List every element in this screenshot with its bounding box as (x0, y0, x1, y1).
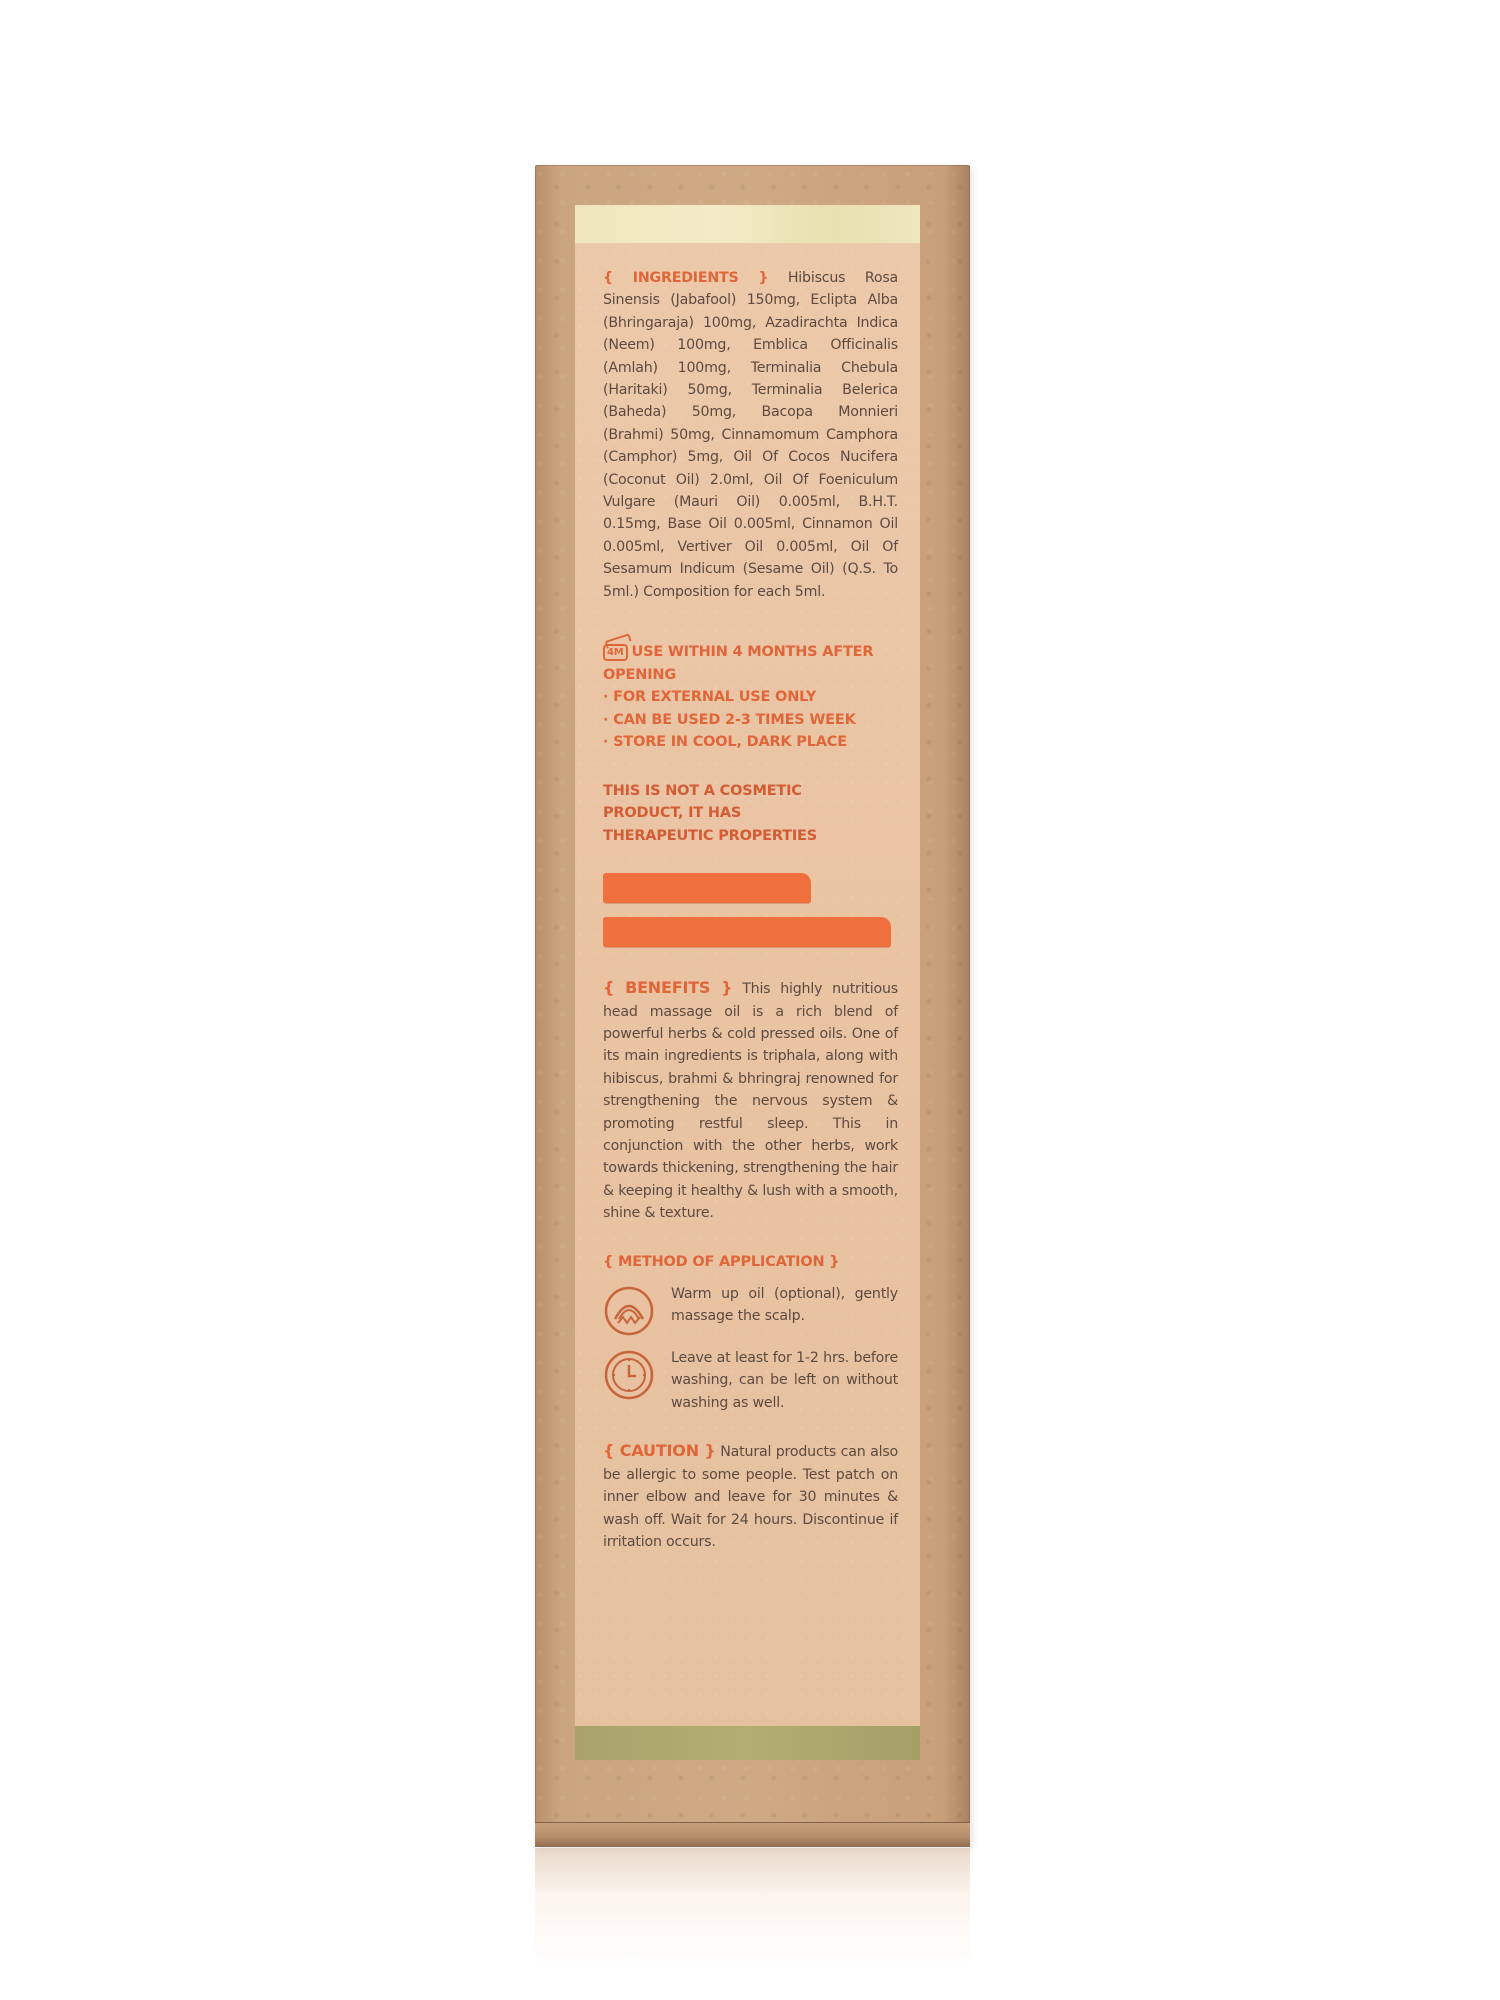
benefits-heading: { BENEFITS } (603, 978, 732, 997)
method-step: Leave at least for 1-2 hrs. before washi… (603, 1347, 898, 1414)
box-bottom-edge (535, 1822, 970, 1847)
method-step: Warm up oil (optional), gently massage t… (603, 1283, 898, 1337)
usage-line: · STORE IN COOL, DARK PLACE (603, 731, 898, 754)
jar-4m-icon: 4M (603, 644, 628, 661)
benefits-section: { BENEFITS } This highly nutritious head… (603, 977, 898, 1224)
usage-section: 4MUSE WITHIN 4 MONTHS AFTER OPENING · FO… (603, 641, 898, 754)
box-reflection (535, 1848, 970, 1968)
ingredients-section: { INGREDIENTS } Hibiscus Rosa Sinensis (… (603, 267, 898, 603)
usage-line: · FOR EXTERNAL USE ONLY (603, 686, 898, 709)
caution-heading: { CAUTION } (603, 1441, 716, 1460)
ingredients-text: Hibiscus Rosa Sinensis (Jabafool) 150mg,… (603, 270, 898, 600)
product-label: { INGREDIENTS } Hibiscus Rosa Sinensis (… (575, 205, 920, 1760)
method-step-text: Warm up oil (optional), gently massage t… (671, 1283, 898, 1328)
label-bottom-band (575, 1726, 920, 1760)
method-section: { METHOD OF APPLICATION } Warm up oil (o… (603, 1251, 898, 1415)
ingredients-heading: { INGREDIENTS } (603, 270, 768, 286)
label-top-band (575, 205, 920, 243)
head-massage-icon (603, 1285, 655, 1337)
clock-icon (603, 1349, 655, 1401)
method-heading: { METHOD OF APPLICATION } (603, 1251, 898, 1274)
therapeutic-notice: THIS IS NOT A COSMETIC PRODUCT, IT HAS T… (603, 780, 843, 848)
orange-banner (603, 873, 811, 903)
caution-section: { CAUTION } Natural products can also be… (603, 1440, 898, 1553)
usage-line: 4MUSE WITHIN 4 MONTHS AFTER OPENING (603, 641, 898, 686)
method-step-text: Leave at least for 1-2 hrs. before washi… (671, 1347, 898, 1414)
usage-line: · CAN BE USED 2-3 TIMES WEEK (603, 709, 898, 732)
label-content: { INGREDIENTS } Hibiscus Rosa Sinensis (… (603, 267, 898, 1579)
banner-group (603, 873, 898, 947)
benefits-text: This highly nutritious head massage oil … (603, 981, 898, 1221)
orange-banner (603, 917, 891, 947)
